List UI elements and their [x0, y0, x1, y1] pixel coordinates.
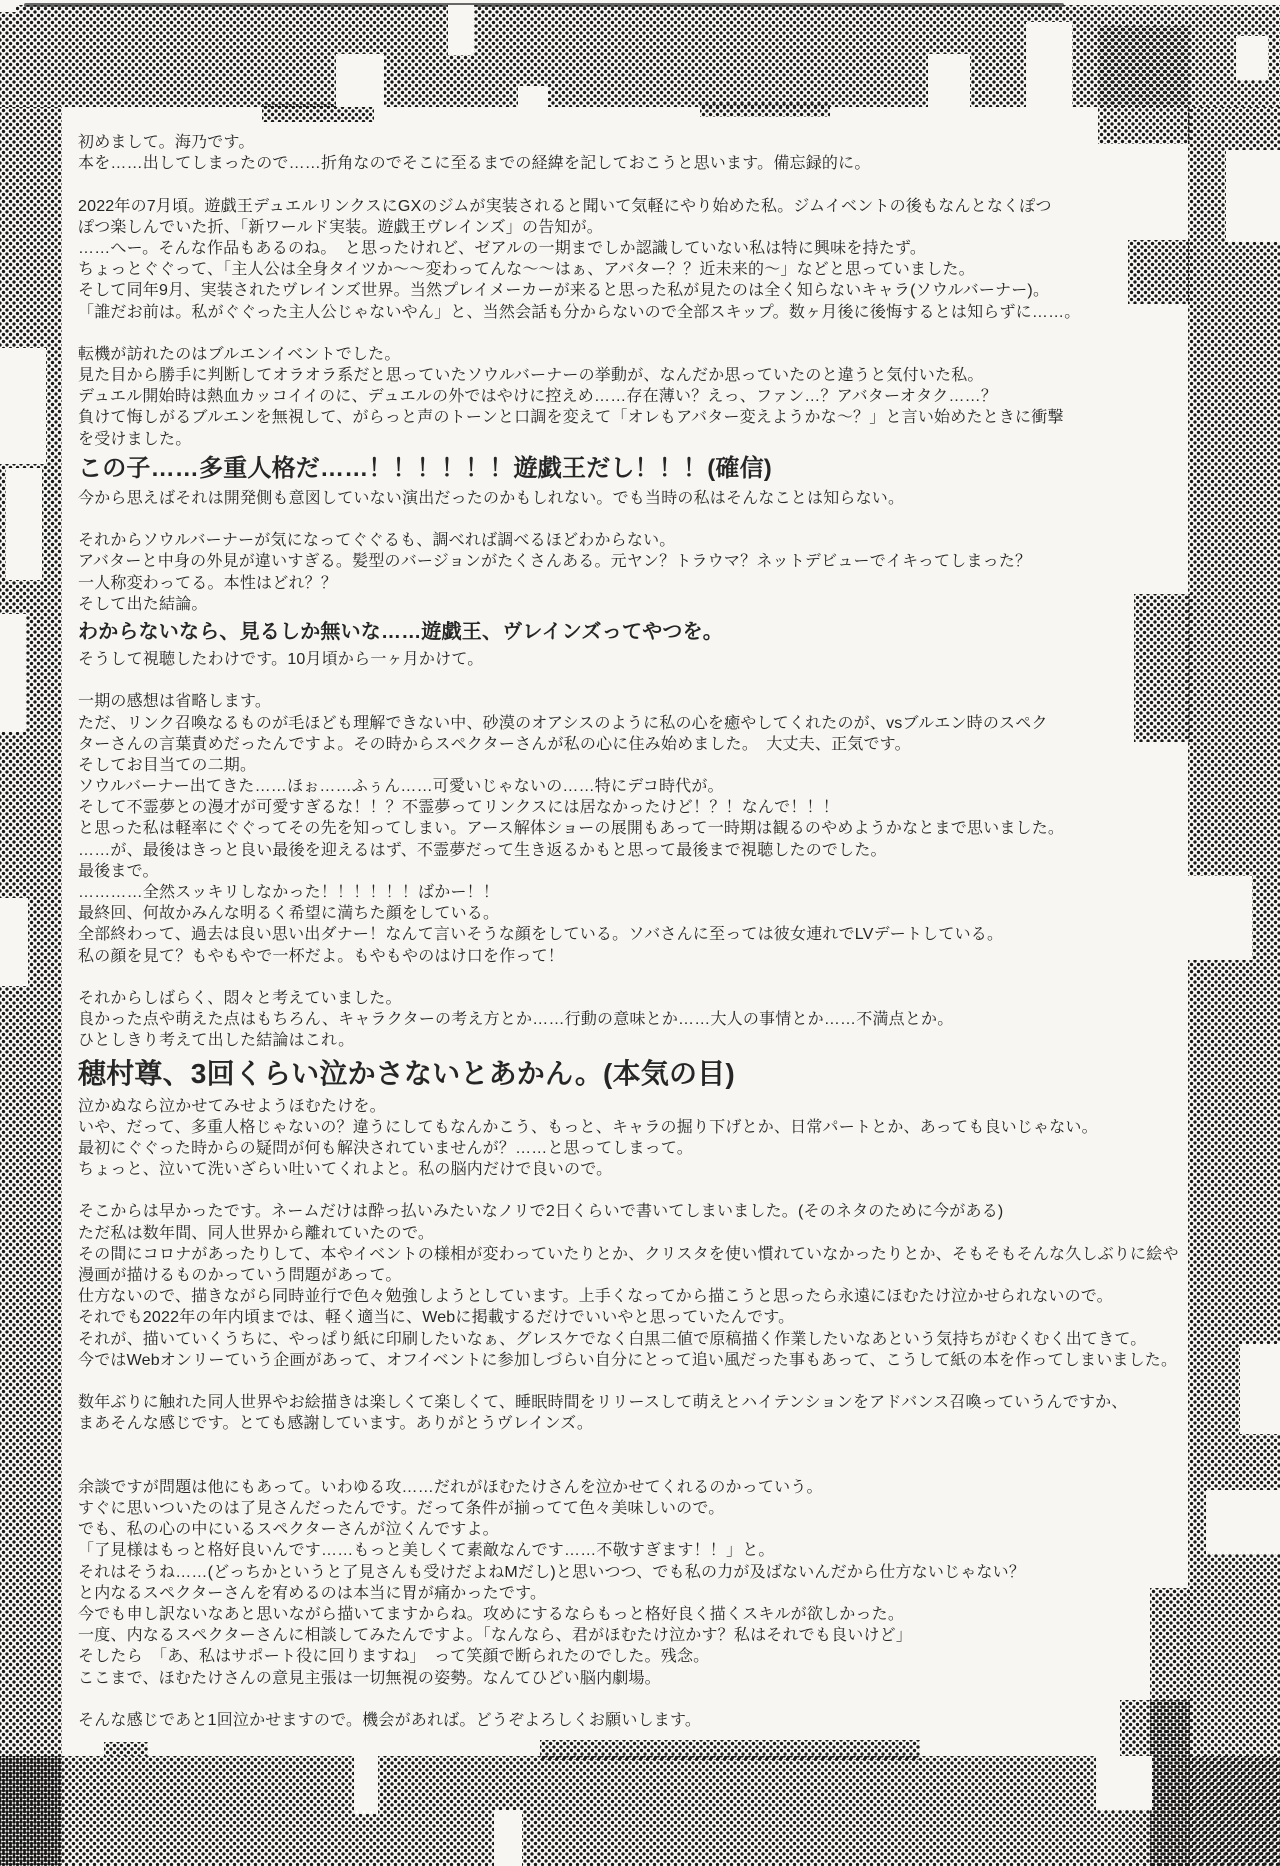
text-line: 今でも申し訳ないなあと思いながら描いてますからね。攻めにするならもっと格好良く描… — [78, 1604, 1188, 1625]
text-line: と思った私は軽率にぐぐってその先を知ってしまい。アース解体ショーの展開もあって一… — [78, 818, 1188, 839]
halftone-block — [1098, 26, 1190, 144]
text-line: を受けました。 — [78, 429, 1188, 450]
text-line: その間にコロナがあったりして、本やイベントの様相が変わっていたりとか、クリスタを… — [78, 1244, 1188, 1265]
blank-line — [78, 670, 1188, 691]
text-line: ……が、最後はきっと良い最後を迎えるはず、不霊夢だって生き返るかもと思って最後ま… — [78, 840, 1188, 861]
text-line: わからないなら、見るしか無いな……遊戯王、ヴレインズってやつを。 — [78, 615, 1188, 649]
text-line: 「了見様はもっと格好良いんです……もっと美しくて素敵なんです……不敬すぎます！！… — [78, 1540, 1188, 1561]
blank-line — [78, 1689, 1188, 1710]
text-line: それでも2022年の年内頃までは、軽く適当に、Webに掲載するだけでいいやと思っ… — [78, 1307, 1188, 1328]
text-line: そしたら 「あ、私はサポート役に回りますね」 って笑顔で断られたのでした。残念。 — [78, 1646, 1188, 1667]
text-line: 本を……出してしまったので……折角なのでそこに至るまでの経緯を記しておこうと思い… — [78, 153, 1188, 174]
white-notch — [1026, 22, 1072, 107]
white-notch — [448, 5, 474, 55]
text-line: 「誰だお前は。私がぐぐった主人公じゃないやん」と、当然会話も分からないので全部ス… — [78, 302, 1188, 323]
white-notch — [1206, 1490, 1280, 1554]
afterword-text: 初めまして。海乃です。本を……出してしまったので……折角なのでそこに至るまでの経… — [78, 132, 1188, 1731]
text-line: 漫画が描けるものかっていう問題があって。 — [78, 1265, 1188, 1286]
text-line: この子……多重人格だ……！！！！！！遊戯王だし！！！(確信) — [78, 450, 1188, 488]
text-line: すぐに思いついたのは了見さんだったんです。だって条件が揃ってて色々美味しいので。 — [78, 1498, 1188, 1519]
white-notch — [1226, 150, 1280, 242]
blank-line — [78, 1180, 1188, 1201]
text-line: 転機が訪れたのはブルエンイベントでした。 — [78, 344, 1188, 365]
text-line: 今ではWebオンリーていう企画があって、オフイベントに参加しづらい自分にとって追… — [78, 1350, 1188, 1371]
halftone-block — [700, 104, 830, 117]
blank-line — [78, 967, 1188, 988]
text-line: 良かった点や萌えた点はもちろん、キャラクターの考え方とか……行動の意味とか……大… — [78, 1009, 1188, 1030]
text-line: そして同年9月、実装されたヴレインズ世界。当然プレイメーカーが来ると思った私が見… — [78, 280, 1188, 301]
text-line: ただ、リンク召喚なるものが毛ほども理解できない中、砂漠のオアシスのように私の心を… — [78, 713, 1188, 734]
text-line: ちょっとぐぐって、「主人公は全身タイツか～～変わってんな～～はぁ、アバター？？近… — [78, 259, 1188, 280]
text-line: それはそうね……(どっちかというと了見さんも受けだよねMだし)と思いつつ、でも私… — [78, 1562, 1188, 1583]
blank-line — [78, 1456, 1188, 1477]
text-line: ソウルバーナー出てきた……ほぉ……ふぅん……可愛いじゃないの……特にデコ時代が。 — [78, 776, 1188, 797]
text-line: 余談ですが問題は他にもあって。いわゆる攻……だれがほむたけさんを泣かせてくれるの… — [78, 1477, 1188, 1498]
text-line: でも、私の心の中にいるスペクターさんが泣くんですよ。 — [78, 1519, 1188, 1540]
blank-line — [78, 174, 1188, 195]
halftone-block — [1188, 107, 1280, 1866]
text-line: ひとしきり考えて出した結論はこれ。 — [78, 1030, 1188, 1051]
white-notch — [0, 0, 16, 12]
text-line: 今から思えばそれは開発側も意図していない演出だったのかもしれない。でも当時の私は… — [78, 488, 1188, 509]
white-notch — [354, 1756, 378, 1814]
text-line: 数年ぶりに触れた同人世界やお絵描きは楽しくて楽しくて、睡眠時間をリリースして萌え… — [78, 1392, 1188, 1413]
text-line: いや、だって、多重人格じゃないの？違うにしてもなんかこう、もっと、キャラの掘り下… — [78, 1117, 1188, 1138]
blank-line — [78, 1435, 1188, 1456]
text-line: 私の顔を見て？もやもやで一杯だよ。もやもやのはけ口を作って！ — [78, 946, 1188, 967]
text-line: デュエル開始時は熱血カッコイイのに、デュエルの外ではやけに控えめ……存在薄い？え… — [78, 386, 1188, 407]
white-notch — [928, 54, 970, 107]
halftone-block — [540, 1740, 920, 1760]
scanned-afterword-page: 初めまして。海乃です。本を……出してしまったので……折角なのでそこに至るまでの経… — [0, 0, 1280, 1866]
halftone-block — [0, 5, 1280, 107]
white-notch — [494, 1810, 522, 1866]
white-notch — [1188, 876, 1252, 960]
text-line: それが、描いていくうちに、やっぱり紙に印刷したいなぁ、グレスケでなく白黒二値で原… — [78, 1329, 1188, 1350]
text-line: そこからは早かったです。ネームだけは酔っ払いみたいなノリで2日くらいで書いてしま… — [78, 1201, 1188, 1222]
text-line: まあそんな感じです。とても感謝しています。ありがとうヴレインズ。 — [78, 1413, 1188, 1434]
text-line: 全部終わって、過去は良い思い出ダナー！なんて言いそうな顔をしている。ソバさんに至… — [78, 924, 1188, 945]
white-notch — [1236, 36, 1268, 80]
text-line: 最終回、何故かみんな明るく希望に満ちた顔をしている。 — [78, 903, 1188, 924]
text-line: 一期の感想は省略します。 — [78, 691, 1188, 712]
text-line: ここまで、ほむたけさんの意見主張は一切無視の姿勢。なんてひどい脳内劇場。 — [78, 1668, 1188, 1689]
text-line: 一人称変わってる。本性はどれ？？ — [78, 573, 1188, 594]
text-line: それからしばらく、悶々と考えていました。 — [78, 988, 1188, 1009]
blank-line — [78, 323, 1188, 344]
blank-line — [78, 509, 1188, 530]
white-notch — [336, 54, 384, 107]
text-line: …………全然スッキリしなかった！！！！！！ばかー！！ — [78, 882, 1188, 903]
white-notch — [518, 86, 548, 131]
text-line: 見た目から勝手に判断してオラオラ系だと思っていたソウルバーナーの挙動が、なんだか… — [78, 365, 1188, 386]
text-line: ただ私は数年間、同人世界から離れていたので。 — [78, 1223, 1188, 1244]
white-notch — [1096, 1756, 1152, 1810]
blank-line — [78, 1371, 1188, 1392]
text-line: 穂村尊、3回くらい泣かさないとあかん。(本気の目) — [78, 1052, 1188, 1096]
text-line: そうして視聴したわけです。10月頃から一ヶ月かけて。 — [78, 649, 1188, 670]
text-line: それからソウルバーナーが気になってぐぐるも、調べれば調べるほどわからない。 — [78, 530, 1188, 551]
text-line: ちょっと、泣いて洗いざらい吐いてくれよと。私の脳内だけで良いので。 — [78, 1159, 1188, 1180]
text-line: 2022年の7月頃。遊戯王デュエルリンクスにGXのジムが実装されると聞いて気軽に… — [78, 196, 1188, 217]
text-line: 初めまして。海乃です。 — [78, 132, 1188, 153]
text-line: 一度、内なるスペクターさんに相談してみたんですよ。「なんなら、君がほむたけ泣かす… — [78, 1625, 1188, 1646]
text-line: ……へー。そんな作品もあるのね。 と思ったけれど、ゼアルの一期までしか認識してい… — [78, 238, 1188, 259]
text-line: 仕方ないので、描きながら同時並行で色々勉強しようとしています。上手くなってから描… — [78, 1286, 1188, 1307]
text-line: そんな感じであと1回泣かせますので。機会があれば。どうぞよろしくお願いします。 — [78, 1710, 1188, 1731]
text-line: 泣かぬなら泣かせてみせようほむたけを。 — [78, 1096, 1188, 1117]
text-line: そして出た結論。 — [78, 594, 1188, 615]
text-line: そして不霊夢との漫才が可愛すぎるな！！？不霊夢ってリンクスには居なかったけど！？… — [78, 797, 1188, 818]
white-notch — [0, 348, 46, 464]
halftone-block — [104, 1742, 148, 1756]
text-line: 最後まで。 — [78, 861, 1188, 882]
white-notch — [0, 898, 28, 986]
text-line: ぽつ楽しんでいた折、「新ワールド実装。遊戯王ヴレインズ」の告知が。 — [78, 217, 1188, 238]
white-notch — [6, 468, 42, 580]
text-line: ターさんの言葉責めだったんですよ。その時からスペクターさんが私の心に住み始めまし… — [78, 734, 1188, 755]
white-notch — [1240, 1344, 1280, 1434]
text-line: と内なるスペクターさんを宥めるのは本当に胃が痛かったです。 — [78, 1583, 1188, 1604]
text-line: 最初にぐぐった時からの疑問が何も解決されていませんが？……と思ってしまって。 — [78, 1138, 1188, 1159]
white-notch — [0, 614, 26, 732]
text-line: アバターと中身の外見が違いすぎる。髪型のバージョンがたくさんある。元ヤン？トラウ… — [78, 551, 1188, 572]
text-line: そしてお目当ての二期。 — [78, 755, 1188, 776]
halftone-block — [0, 1756, 1280, 1866]
text-line: 負けて悔しがるブルエンを無視して、がらっと声のトーンと口調を変えて「オレもアバタ… — [78, 407, 1188, 428]
